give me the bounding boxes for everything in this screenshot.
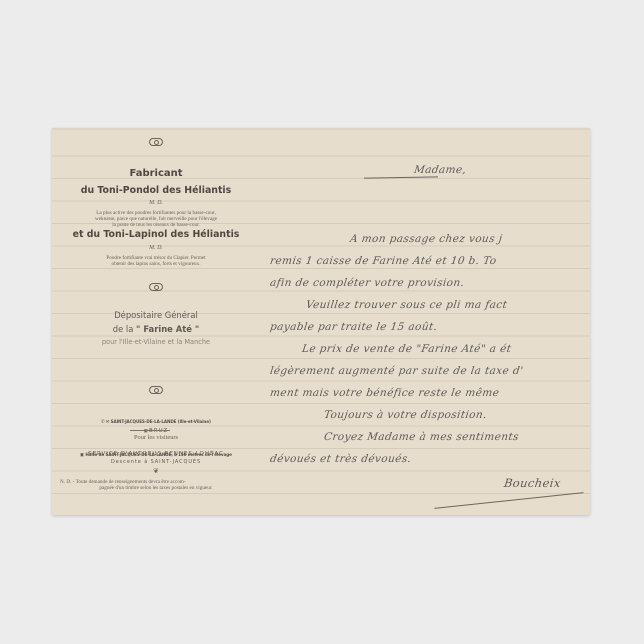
ornament-mid-icon bbox=[52, 278, 260, 296]
product2-name: et du Toni-Lapinol des Héliantis bbox=[52, 229, 260, 240]
product2-md: M. D. bbox=[52, 245, 260, 251]
salutation-flourish bbox=[364, 176, 438, 178]
handwritten-letter: Madame, A mon passage chez vous j remis … bbox=[264, 128, 590, 515]
depositaire-line-3: pour l'Ille-et-Vilaine et la Manche bbox=[52, 338, 260, 346]
depositaire-line-2: de la " Farine Até " bbox=[52, 324, 260, 334]
signature: Boucheix bbox=[503, 476, 562, 490]
letter-line-8: ment mais votre bénéfice reste le même bbox=[269, 387, 500, 399]
letterhead-title: Fabricant bbox=[52, 168, 260, 179]
letter-page: Fabricant du Toni-Pondol des Héliantis M… bbox=[52, 128, 590, 515]
salutation: Madame, bbox=[413, 164, 467, 176]
letter-line-1: A mon passage chez vous j bbox=[349, 233, 503, 245]
letter-line-11: dévoués et très dévoués. bbox=[269, 453, 412, 465]
letter-line-7: légèrement augmenté par suite de la taxe… bbox=[269, 365, 524, 377]
depositaire-prefix: de la bbox=[113, 324, 134, 334]
letterhead-column: Fabricant du Toni-Pondol des Héliantis M… bbox=[52, 128, 260, 515]
brand-farine-ate: " Farine Até " bbox=[136, 324, 199, 334]
flourish-icon: ❦ bbox=[52, 467, 260, 475]
letter-line-10: Croyez Madame à mes sentiments bbox=[323, 431, 520, 443]
product1-name: du Toni-Pondol des Héliantis bbox=[52, 185, 260, 196]
bus-service-line: SERVICE D'AUTOBUS RENNES-LOHÉAC bbox=[52, 451, 260, 457]
product2-desc-2: obtenir des lapins sains, forts et vigou… bbox=[52, 261, 260, 267]
letter-line-5: payable par traite le 15 août. bbox=[269, 321, 438, 333]
ornament-top-icon bbox=[52, 133, 260, 151]
letter-line-3: afin de compléter votre provision. bbox=[269, 277, 465, 289]
nb-line-2: pagnée d'un timbre selon les taxes posta… bbox=[52, 485, 260, 491]
letter-line-2: remis 1 caisse de Farine Até et 10 b. To bbox=[269, 255, 497, 267]
product1-desc-3: la ponte de tous les oiseaux de basse-co… bbox=[52, 222, 260, 228]
ornament-bottom-icon bbox=[52, 381, 260, 399]
letter-line-9: Toujours à votre disposition. bbox=[323, 409, 488, 421]
product1-md: M. D. bbox=[52, 200, 260, 206]
visitors-label: Pour les visiteurs bbox=[52, 434, 260, 441]
letter-line-6: Le prix de vente de "Farine Até" a ét bbox=[301, 343, 512, 355]
depositaire-line-1: Dépositaire Général bbox=[52, 310, 260, 320]
signature-stroke bbox=[434, 492, 583, 509]
descente-line: Descente à SAINT-JACQUES bbox=[52, 459, 260, 465]
divider-rule bbox=[130, 430, 170, 431]
letter-line-4: Veuillez trouver sous ce pli ma fact bbox=[305, 299, 508, 311]
